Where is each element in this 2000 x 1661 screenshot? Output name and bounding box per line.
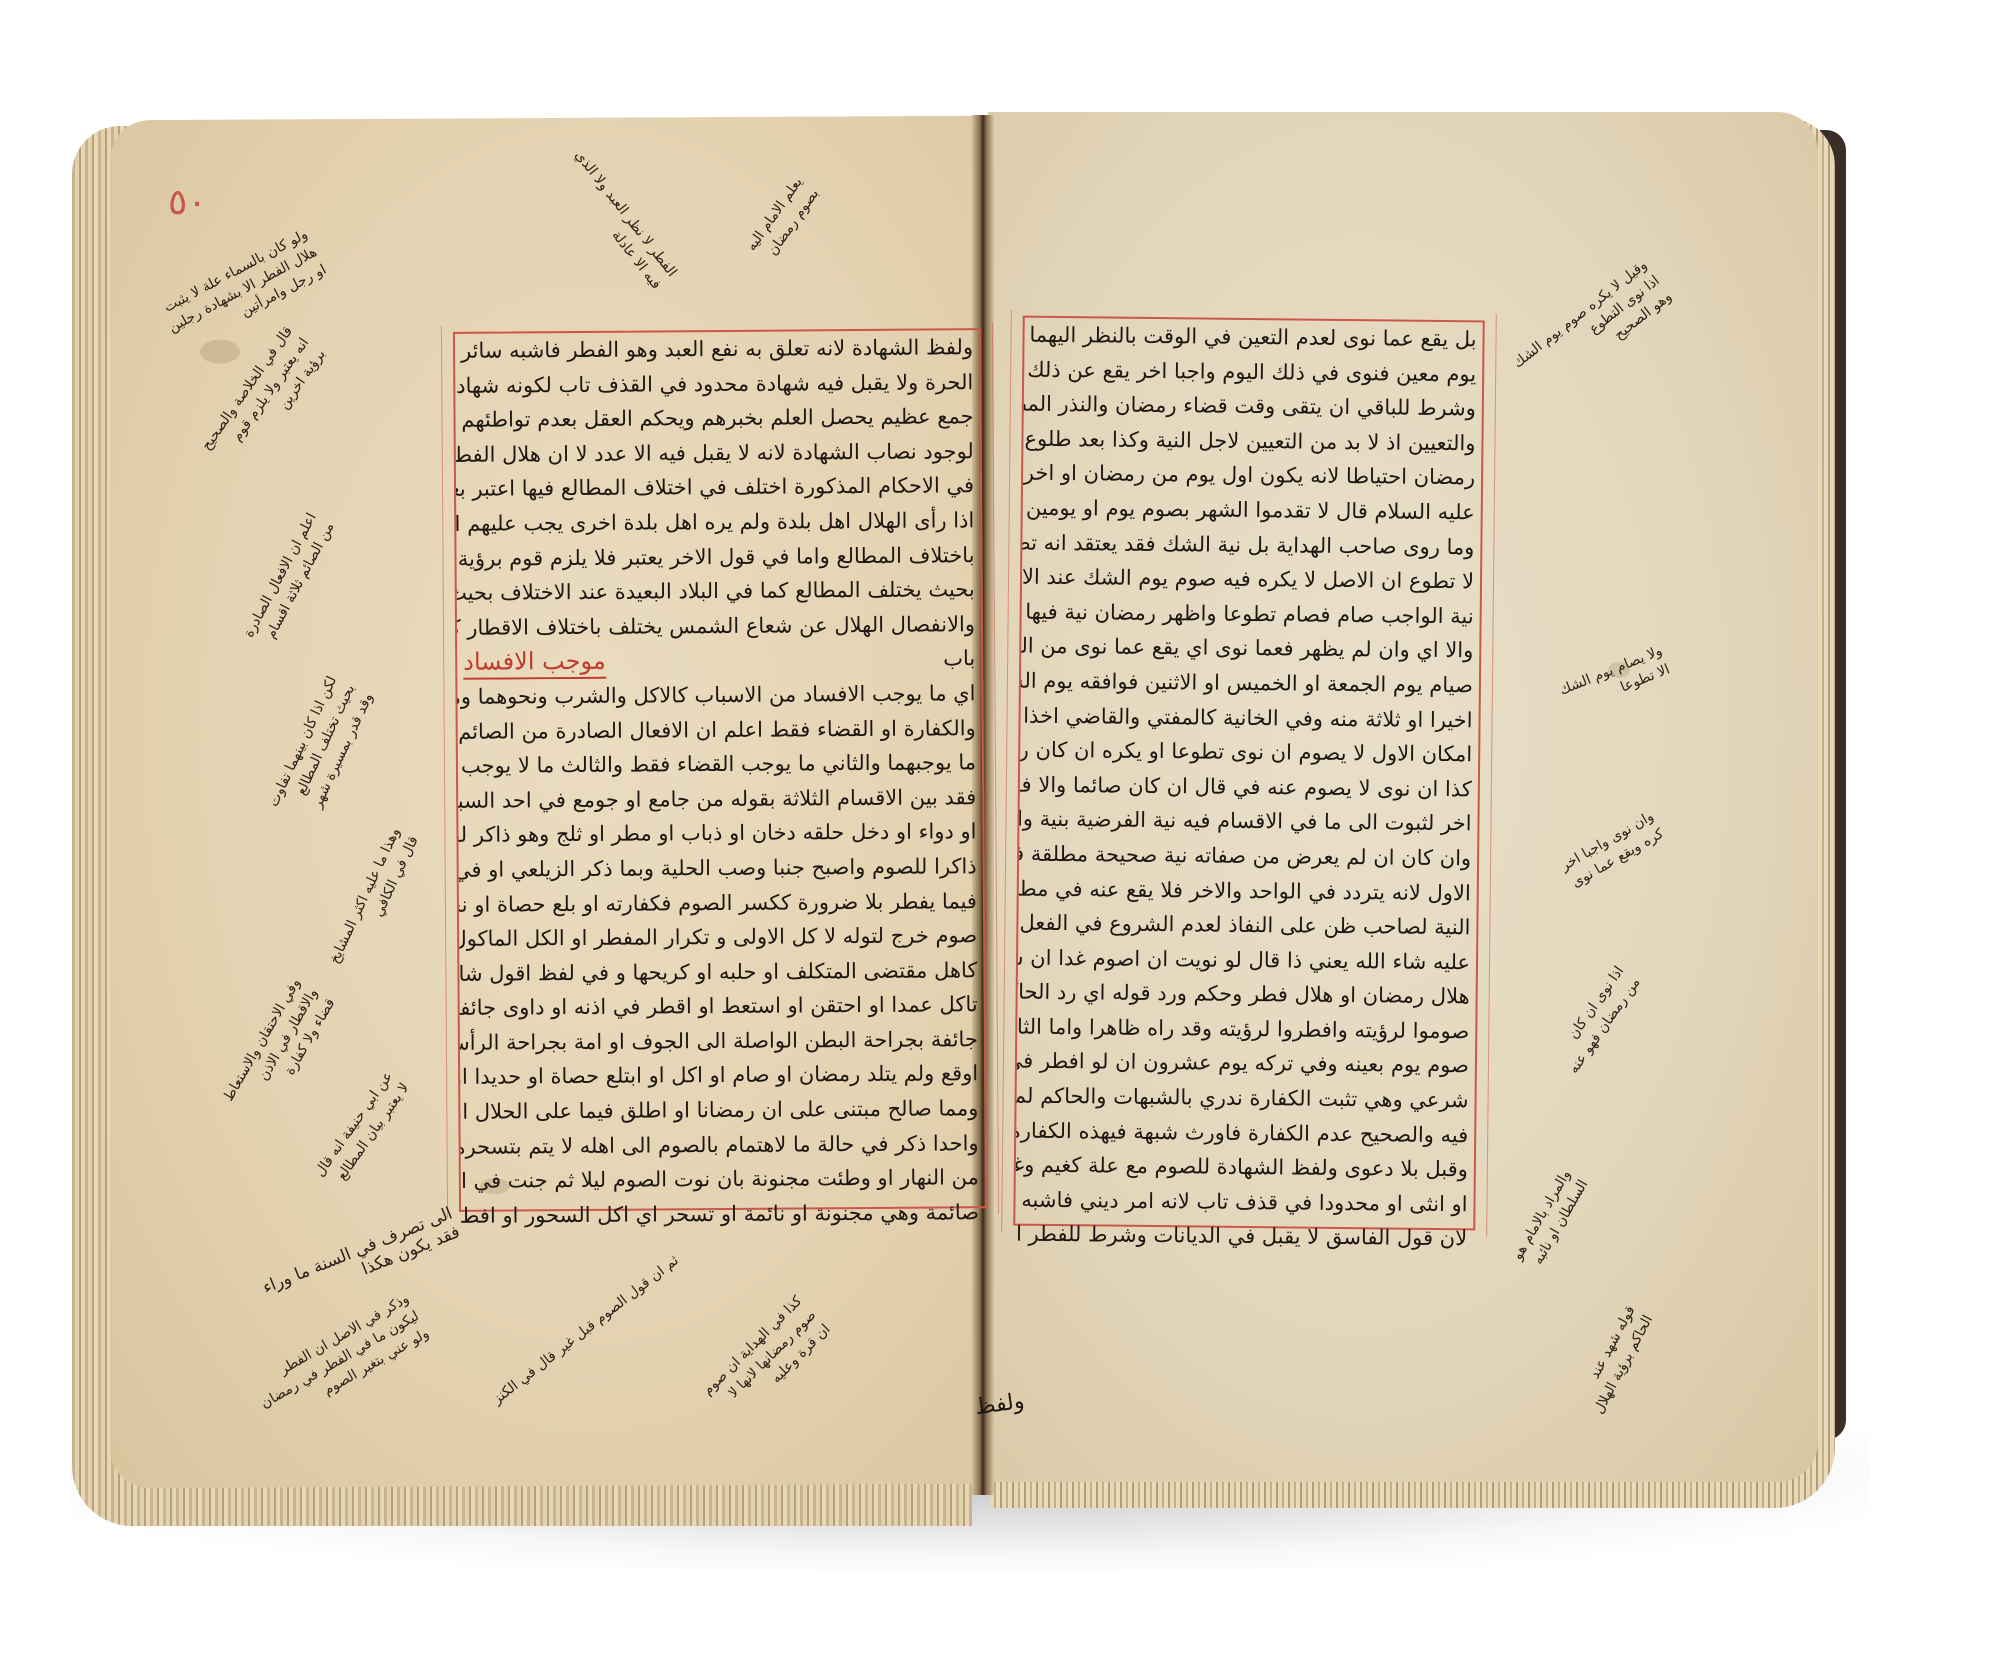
text-line: باختلاف المطالع واما في قول الاخر يعتبر … [456,538,980,576]
text-line: ما يوجبهما والثاني ما يوجب القضاء فقط وا… [458,745,982,783]
text-line: عليه شاء الله يعني ذا قال لو نويت ان اصو… [1018,940,1476,979]
text-line: عليه السلام قال لا تقدموا الشهر بصوم يوم… [1023,491,1481,530]
text-line: صوم خرج لتوله لا كل الاولى و تكرار المفط… [459,918,983,956]
text-line: والا اي وان لم يظهر فعما نوى اي يقع عما … [1021,629,1479,668]
text-line: صوم يوم بعينه وفي تركه يوم عشرون ان لو ا… [1017,1044,1475,1083]
left-text-block: ولفظ الشهادة لانه تعلق به نفع العبد وهو … [453,328,987,1212]
text-line: يوم معين فنوى في ذلك اليوم واجبا اخر يقع… [1024,352,1482,391]
text-line: لوجود نصاب الشهادة لانه لا يقبل فيه الا … [456,434,980,472]
text-line: من النهار او وطئت مجنونة بان نوت الصوم ل… [461,1160,985,1198]
text-line: وان كان ان لم يعرض من صفاته نية صحيحة مط… [1019,837,1477,876]
text-line: هلال رمضان او هلال فطر وحكم ورد قوله اي … [1018,975,1476,1014]
chapter-heading-line: باب موجب الافساد [457,642,981,680]
text-line: وما روى صاحب الهداية بل نية الشك فقد يعت… [1022,525,1480,564]
text-line: اي ما يوجب الافساد من الاسباب كالاكل وال… [457,676,981,714]
right-text-block: بل يقع عما نوى لعدم التعين في الوقت بالن… [1013,316,1485,1231]
text-line: لا تطوع ان الاصل لا يكره فيه صوم يوم الش… [1022,560,1480,599]
text-line: وقبل بلا دعوى ولفظ الشهادة للصوم مع علة … [1016,1148,1474,1187]
text-line: كاهل مقتضى المتكلف او حلبه او كريحها و ف… [459,953,983,991]
text-line: ولفظ الشهادة لانه تعلق به نفع العبد وهو … [455,330,979,368]
text-line: جائفة بجراحة البطن الواصلة الى الجوف او … [460,1022,984,1060]
text-line: الاول لانه يتردد في الواحد والاخر فلا يق… [1019,871,1477,910]
text-line: والتعيين اذ لا بد من التعيين لاجل النية … [1023,421,1481,460]
text-line: او دواء او دخل حلقه دخان او ذباب او مطر … [458,814,982,852]
text-line: صائمة وهي مجنونة او نائمة او تسحر اي اكل… [461,1195,985,1233]
text-line: كذا ان نوى لا يصوم عنه في قال ان كان صائ… [1020,767,1478,806]
text-line: فيما يفطر بلا ضرورة ككسر الصوم فكفارته ا… [459,884,983,922]
text-line: والانفصال الهلال عن شعاع الشمس يختلف باخ… [457,607,981,645]
text-line: بحيث يختلف المطالع كما في البلاد البعيدة… [457,572,981,610]
text-line: ذاكرا للصوم واصبح جنبا وصب الحلية وبما ذ… [459,849,983,887]
chapter-word: باب [943,642,975,677]
text-line: لان قول الفاسق لا يقبل في الديانات وشرط … [1015,1217,1473,1256]
text-line: وشرط للباقي ان يتقى وقت قضاء رمضان والنذ… [1024,387,1482,426]
text-line: اوقع ولم يتلد رمضان او صام او اكل او ابت… [460,1057,984,1095]
text-line: صوموا لرؤيته وافطروا لرؤيته وقد راه ظاهر… [1017,1009,1475,1048]
text-line: اخر لثبوت الى ما في الاقسام فيه نية الفر… [1019,802,1477,841]
text-line: الحرة ولا يقبل فيه شهادة محدود في القذف … [455,365,979,403]
text-line: امكان الاول لا يصوم ان نوى تطوعا او يكره… [1020,733,1478,772]
text-line: ومما صالح مبتنى على ان رمضانا او اطلق في… [460,1091,984,1129]
text-line: اذا رأى الهلال اهل بلدة ولم يره اهل بلدة… [456,503,980,541]
text-line: والكفارة او القضاء فقط اعلم ان الافعال ا… [458,711,982,749]
text-line: صيام يوم الجمعة او الخميس او الاثنين فوا… [1021,664,1479,703]
text-line: في الاحكام المذكورة اختلف في اختلاف المط… [456,469,980,507]
text-line: بل يقع عما نوى لعدم التعين في الوقت بالن… [1024,318,1482,357]
chapter-title: موجب الافساد [463,644,606,680]
text-line: تاكل عمدا او احتقن او استعط او اقطر في ا… [460,987,984,1025]
text-line: رمضان احتياطا لانه يكون اول يوم من رمضان… [1023,456,1481,495]
text-line: واحدا ذكر في حالة ما لاهتمام بالصوم الى … [461,1126,985,1164]
text-line: اخيرا او ثلاثة منه وفي الخانية كالمفتي و… [1020,698,1478,737]
text-line: نية الواجب صام فصام تطوعا واظهر رمضان ني… [1021,594,1479,633]
text-line: او انثى او محدودا في قذف تاب لانه امر دي… [1015,1182,1473,1221]
text-line: فقد بين الاقسام الثلاثة بقوله من جامع او… [458,780,982,818]
text-line: النية لصاحب ظن على النفاذ لعدم الشروع في… [1018,906,1476,945]
text-line: فيه والصحيح عدم الكفارة فاورث شبهة فيهذه… [1016,1113,1474,1152]
folio-number: ٥٠ [168,182,207,223]
text-line: جمع عظيم يحصل العلم بخبرهم ويحكم العقل ب… [455,399,979,437]
text-line: شرعي وهي تثبت الكفارة ندري بالشبهات والح… [1016,1079,1474,1118]
